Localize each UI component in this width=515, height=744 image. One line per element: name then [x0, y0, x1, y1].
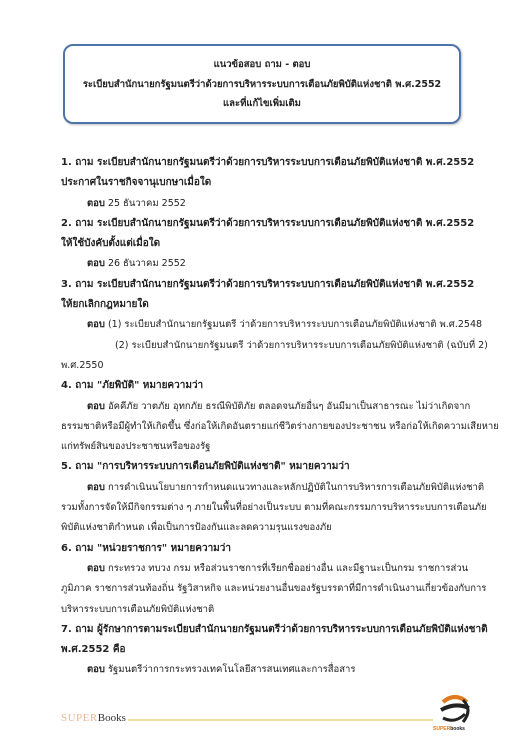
answer-6-line-3: บริหารระบบการเตือนภัยพิบัติแห่งชาติ: [61, 600, 461, 620]
title-line-2: ระเบียบสำนักนายกรัฐมนตรีว่าด้วยการบริหาร…: [65, 75, 459, 95]
title-line-1: แนวข้อสอบ ถาม - ตอบ: [65, 55, 459, 75]
question-5: 5. ถาม "การบริหารระบบการเตือนภัยพิบัติแห…: [61, 457, 461, 477]
footer-divider: [128, 719, 433, 721]
logo-wordmark: SUPERbooks: [433, 726, 465, 732]
question-3: 3. ถาม ระเบียบสำนักนายกรัฐมนตรีว่าด้วยกา…: [61, 275, 461, 316]
answer-5: ตอบ การดำเนินนโยบายการกำหนดแนวทางและหลัก…: [61, 478, 461, 498]
answer-2: ตอบ 26 ธันวาคม 2552: [61, 254, 461, 274]
answer-4-line-2: ธรรมชาติหรือมีผู้ทำให้เกิดขึ้น ซึ่งก่อให…: [61, 417, 461, 437]
answer-3-line-3: พ.ศ.2550: [61, 356, 461, 376]
qa-content: 1. ถาม ระเบียบสำนักนายกรัฐมนตรีว่าด้วยกา…: [61, 153, 461, 681]
answer-4: ตอบ อัคคีภัย วาตภัย อุทกภัย ธรณีพิบัติภั…: [61, 397, 461, 417]
question-4: 4. ถาม "ภัยพิบัติ" หมายความว่า: [61, 376, 461, 396]
question-2: 2. ถาม ระเบียบสำนักนายกรัฐมนตรีว่าด้วยกา…: [61, 214, 461, 255]
answer-5-line-3: พิบัติแห่งชาติกำหนด เพื่อเป็นการป้องกันแ…: [61, 518, 461, 538]
answer-1: ตอบ 25 ธันวาคม 2552: [61, 194, 461, 214]
answer-3: ตอบ (1) ระเบียบสำนักนายกรัฐมนตรี ว่าด้วย…: [61, 315, 461, 335]
answer-4-line-3: แก่ทรัพย์สินของประชาชนหรือของรัฐ: [61, 437, 461, 457]
answer-7: ตอบ รัฐมนตรีว่าการกระทรวงเทคโนโลยีสารสนเ…: [61, 660, 461, 680]
question-6: 6. ถาม "หน่วยราชการ" หมายความว่า: [61, 539, 461, 559]
superbooks-logo-icon: [433, 694, 477, 728]
answer-6-line-2: ภูมิภาค ราชการส่วนท้องถิ่น รัฐวิสาหกิจ แ…: [61, 579, 461, 599]
footer-brand: SUPERBooks: [61, 712, 126, 724]
title-box: แนวข้อสอบ ถาม - ตอบ ระเบียบสำนักนายกรัฐม…: [63, 44, 461, 124]
title-line-3: และที่แก้ไขเพิ่มเติม: [65, 94, 459, 114]
question-7: 7. ถาม ผู้รักษาการตามระเบียบสำนักนายกรัฐ…: [61, 620, 461, 661]
answer-6: ตอบ กระทรวง ทบวง กรม หรือส่วนราชการที่เร…: [61, 559, 461, 579]
answer-3-line-2: (2) ระเบียบสำนักนายกรัฐมนตรี ว่าด้วยการบ…: [61, 336, 461, 356]
question-1: 1. ถาม ระเบียบสำนักนายกรัฐมนตรีว่าด้วยกา…: [61, 153, 461, 194]
answer-5-line-2: รวมทั้งการจัดให้มีกิจกรรมต่าง ๆ ภายในพื้…: [61, 498, 461, 518]
